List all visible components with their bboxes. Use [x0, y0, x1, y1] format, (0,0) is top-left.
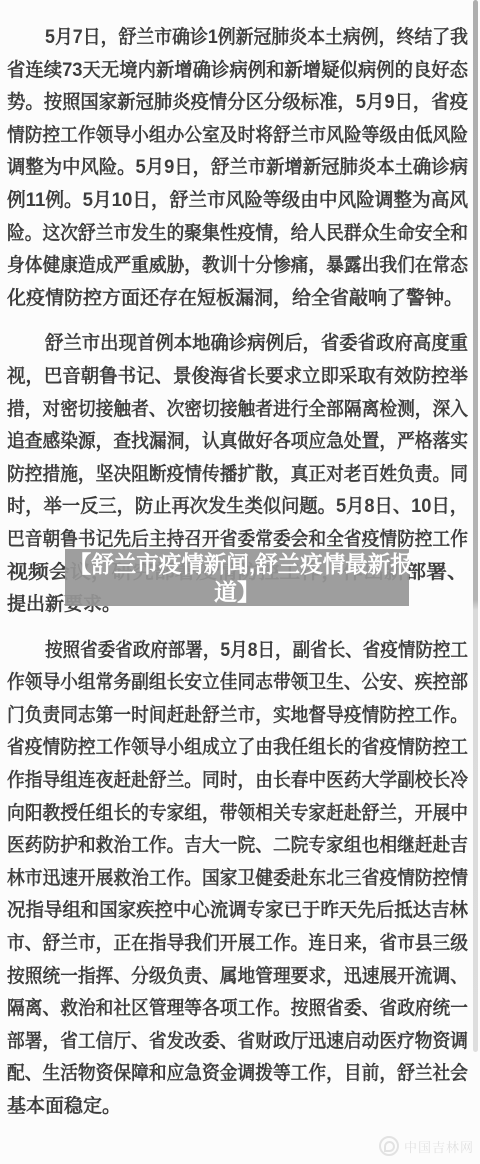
watermark-text: 中国吉林网 — [404, 1137, 474, 1156]
text-line: 作领导小组常务副组长安立佳同志带领卫生、公安、疾控部 — [7, 667, 468, 700]
text-line: 基本面稳定。 — [7, 1091, 468, 1124]
text-line: 措，对密切接触者、次密切接触者进行全部隔离检测，深入 — [7, 394, 468, 427]
text-line: 化疫情防控方面还存在短板漏洞，给全省敲响了警钟。 — [7, 283, 468, 316]
text-line: 按照省委省政府部署，5月8日，副省长、省疫情防控工 — [7, 635, 468, 668]
text-line: 按照统一指挥、分级负责、属地管理要求，迅速展开流调、 — [7, 961, 468, 994]
text-line: 时，举一反三，防止再次发生类似问题。5月8日、10日， — [7, 491, 468, 524]
weibo-watermark: 中国吉林网 — [379, 1136, 474, 1156]
text-line: 身体健康造成严重威胁，教训十分惨痛，暴露出我们在常态 — [7, 250, 468, 283]
scrollbar[interactable] — [473, 0, 478, 1052]
text-line: 门负责同志第一时间赶赴舒兰市，实地督导疫情防控工作。 — [7, 700, 468, 733]
text-line: 省疫情防控工作领导小组成立了由我任组长的省疫情防控工 — [7, 732, 468, 765]
text-line: 隔离、救治和社区管理等各项工作。按照省委、省政府统一 — [7, 993, 468, 1026]
text-line: 例11例。5月10日，舒兰市风险等级由中风险调整为高风 — [7, 185, 468, 218]
text-line: 部署，省工信厅、省发改委、省财政厅迅速启动医疗物资调 — [7, 1026, 468, 1059]
article-page: 5月7日，舒兰市确诊1例新冠肺炎本土病例，终结了我省连续73天无境内新增确诊病例… — [0, 0, 480, 1164]
text-line: 配、生活物资保障和应急资金调拨等工作，目前，舒兰社会 — [7, 1058, 468, 1091]
overlay-title-line1: 【舒兰市疫情新闻,舒兰疫情最新报 — [65, 550, 409, 578]
text-line: 势。按照国家新冠肺炎疫情分区分级标准，5月9日，省疫 — [7, 87, 468, 120]
paragraph: 按照省委省政府部署，5月8日，副省长、省疫情防控工作领导小组常务副组长安立佳同志… — [7, 635, 468, 1124]
text-line: 作指导组连夜赶赴舒兰。同时，由长春中医药大学副校长冷 — [7, 765, 468, 798]
text-line: 医药防护和救治工作。吉大一院、二院专家组也相继赶赴吉 — [7, 830, 468, 863]
text-line: 林市迅速开展救治工作。国家卫健委赴东北三省疫情防控情 — [7, 863, 468, 896]
text-line: 舒兰市出现首例本地确诊病例后，省委省政府高度重 — [7, 328, 468, 361]
text-line: 视，巴音朝鲁书记、景俊海省长要求立即采取有效防控举 — [7, 361, 468, 394]
text-line: 追查感染源，查找漏洞，认真做好各项应急处置，严格落实 — [7, 426, 468, 459]
paragraph: 5月7日，舒兰市确诊1例新冠肺炎本土病例，终结了我省连续73天无境内新增确诊病例… — [7, 22, 468, 315]
text-line: 向阳教授任组长的专家组，带领相关专家赶赴舒兰，开展中 — [7, 798, 468, 831]
text-line: 防控措施，坚决阻断疫情传播扩散，真正对老百姓负责。同 — [7, 459, 468, 492]
text-line: 调整为中风险。5月9日，舒兰市新增新冠肺炎本土确诊病 — [7, 152, 468, 185]
text-line: 5月7日，舒兰市确诊1例新冠肺炎本土病例，终结了我 — [7, 22, 468, 55]
text-line: 情防控工作领导小组办公室及时将舒兰市风险等级由低风险 — [7, 120, 468, 153]
text-line: 市、舒兰市，正在指导我们开展工作。连日来，省市县三级 — [7, 928, 468, 961]
text-line: 省连续73天无境内新增确诊病例和新增疑似病例的良好态 — [7, 55, 468, 88]
title-overlay: 【舒兰市疫情新闻,舒兰疫情最新报 道】 — [65, 549, 409, 606]
weibo-logo-icon — [379, 1136, 399, 1156]
overlay-title-line2: 道】 — [65, 578, 409, 606]
text-line: 况指导组和国家疾控中心流调专家已于昨天先后抵达吉林 — [7, 895, 468, 928]
text-line: 险。这次舒兰市发生的聚集性疫情，给人民群众生命安全和 — [7, 218, 468, 251]
